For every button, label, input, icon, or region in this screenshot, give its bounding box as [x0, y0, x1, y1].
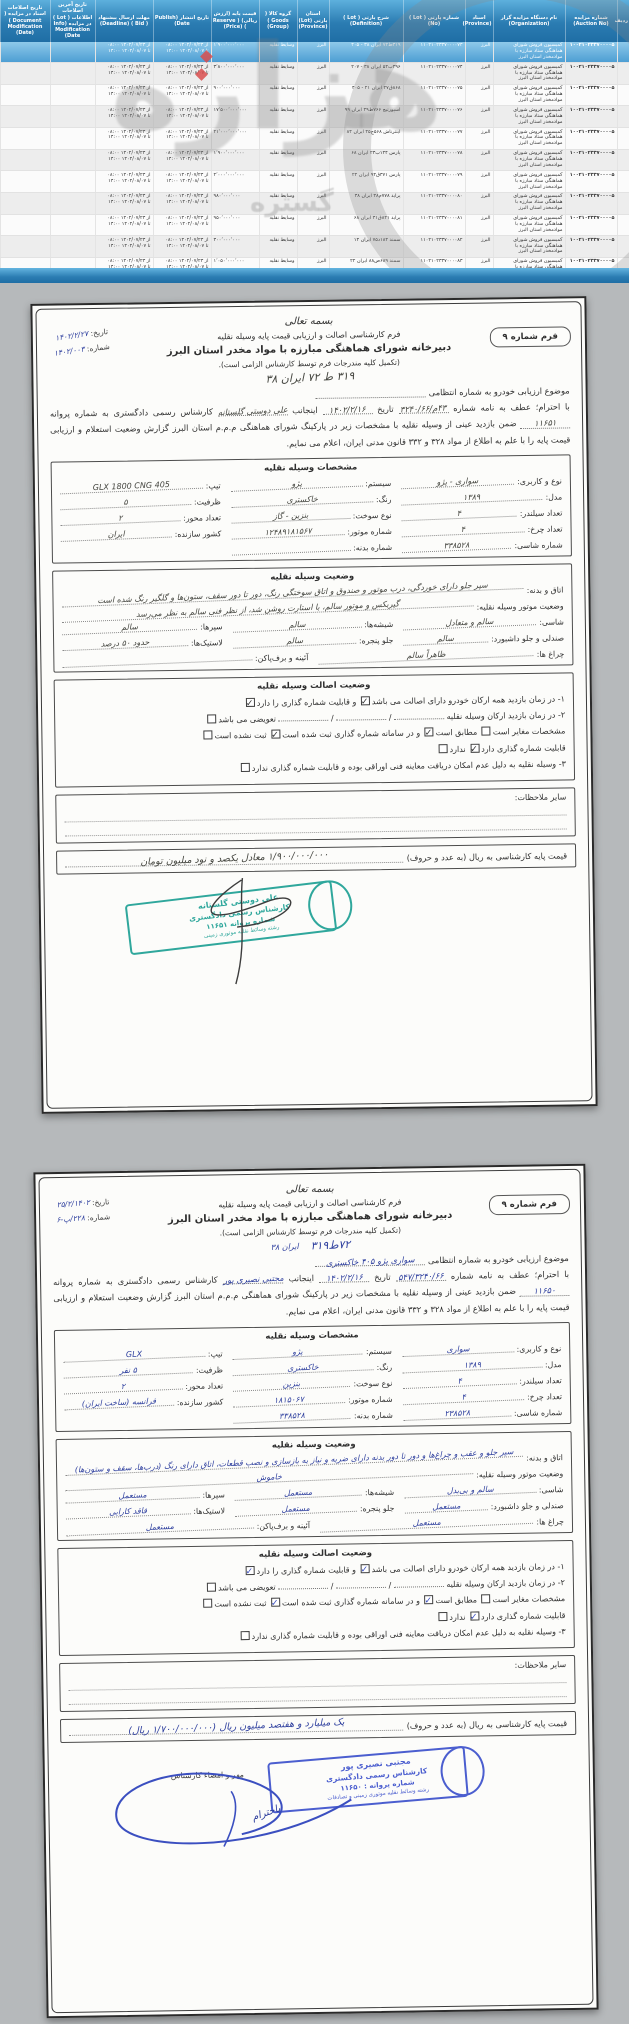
cell-deadline: از ۱۴۰۲/۰۷/۲۳ ۰۸:۰۰تا ۱۴۰۲/۰۸/۰۷ ۱۴:۰۰	[95, 128, 153, 150]
cell-organization: کمیسیون فروش شورای هماهنگی ستاد مبارزه ب…	[493, 106, 565, 128]
form-titles: بسمه تعالی فرم کارشناسی اصالت و ارزیابی …	[49, 312, 570, 387]
cell-doc-modification	[0, 84, 50, 106]
plate-region: ایران ۳۸	[271, 1242, 299, 1252]
cell-auction-no: ۱۰۰۲۱۰۲۳۳۷۰۰۰۰۵	[565, 171, 617, 193]
spec-capacity: ۵ نفر	[63, 1363, 193, 1378]
column-header-price[interactable]: قیمت پایه (ارزش ریالی) ( Reserve ) (Pric…	[211, 0, 259, 42]
cell-publish-date: از ۱۴۰۲/۰۷/۲۳ ۰۸:۰۰تا ۱۴۰۲/۰۸/۰۷ ۱۴:۰۰	[153, 128, 211, 150]
cell-publish-date: از ۱۴۰۲/۰۷/۲۳ ۰۸:۰۰تا ۱۴۰۲/۰۸/۰۷ ۱۴:۰۰	[153, 84, 211, 106]
vehicle-condition-box: وضعیت وسیله نقلیه اتاق و بدنه:سپر جلو دا…	[52, 563, 573, 672]
spec-trim: GLX	[63, 1347, 205, 1363]
cell-province: البرز	[465, 128, 493, 150]
signature-note: باحترام	[250, 1803, 282, 1823]
cell-lot-definition: پارس ۳۷۱ق۹۴ ایران ۲۲	[329, 171, 403, 193]
cell-publish-date: از ۱۴۰۲/۰۷/۲۳ ۰۸:۰۰تا ۱۴۰۲/۰۸/۰۷ ۱۴:۰۰	[153, 214, 211, 236]
cell-publish-date: از ۱۴۰۲/۰۷/۲۳ ۰۸:۰۰تا ۱۴۰۲/۰۸/۰۷ ۱۴:۰۰	[153, 192, 211, 214]
column-header-lot-definition[interactable]: شرح پارتی ( Lot ) (Definition)	[329, 0, 403, 42]
ref-no: ۴۳م/۳۲۴۰/۶۶	[400, 404, 447, 414]
spec-axles: ۲	[64, 1379, 183, 1394]
table-footer-bar[interactable]	[0, 268, 629, 283]
column-header-lot-no[interactable]: شماره پارتی ( Lot ) (No)	[403, 0, 465, 42]
cell-lot-no: ۱۱۰۲۱۰۲۳۳۷۰۰۰۰۷۶	[403, 106, 465, 128]
cell-province: البرز	[465, 42, 493, 63]
cell-goods-group: وسایط نقلیه	[259, 63, 297, 85]
authenticity-box: وضعیت اصالت وسیله نقلیه ۱- در زمان بازدی…	[57, 1540, 575, 1656]
cell-lot-no: ۱۱۰۲۱۰۲۳۳۷۰۰۰۰۷۷	[403, 128, 465, 150]
cell-lot-no: ۱۱۰۲۱۰۲۳۳۷۰۰۰۰۷۹	[403, 171, 465, 193]
cell-price: ۹۸۰٬۰۰۰٬۰۰۰	[211, 192, 259, 214]
spec-type: سواری - پژو	[401, 474, 514, 489]
cell-lot-definition: پارس ۱۴۴ب۲۳ ایران ۶۸	[329, 149, 403, 171]
column-header-province[interactable]: اسناد (Province)	[465, 0, 493, 42]
cond-grille: سالم	[233, 633, 356, 648]
spec-type: سواری	[402, 1342, 514, 1357]
cell-province: البرز	[465, 149, 493, 171]
checkbox-match	[424, 1596, 433, 1605]
cell-doc-modification	[0, 171, 50, 193]
column-header-radif[interactable]: ردیف	[617, 0, 629, 42]
cell-lot-definition: ۳۱۹ط۷۲ ایران ۳۸ - ۴۰۵	[329, 42, 403, 63]
form-number-box: فرم شماره ۹	[489, 326, 571, 347]
cell-lot-definition: سمند ۱۸۴د۷۵ ایران ۱۴	[329, 236, 403, 258]
cell-province: البرز	[465, 236, 493, 258]
form-titles: بسمه تعالی فرم کارشناسی اصالت و ارزیابی …	[52, 1180, 569, 1256]
cell-deadline: از ۱۴۰۲/۰۷/۲۳ ۰۸:۰۰تا ۱۴۰۲/۰۸/۰۷ ۱۴:۰۰	[95, 149, 153, 171]
cell-deadline: از ۱۴۰۲/۰۷/۲۳ ۰۸:۰۰تا ۱۴۰۲/۰۸/۰۷ ۱۴:۰۰	[95, 84, 153, 106]
cell-doc-modification	[0, 63, 50, 85]
checkbox-replaced	[207, 1583, 216, 1592]
cell-goods-group: وسایط نقلیه	[259, 128, 297, 150]
cond-lights: ظاهراً سالم	[318, 646, 534, 665]
price-box: قیمت پایه کارشناسی به ریال (به عدد و حرو…	[56, 843, 576, 874]
cell-lot-definition: ۴۹۶ب۵۴ ایران ۳۸ - ۲۰۷	[329, 63, 403, 85]
cell-goods-group: وسایط نقلیه	[259, 171, 297, 193]
checkbox-match	[425, 728, 434, 737]
cell-publish-date: از ۱۴۰۲/۰۷/۲۳ ۰۸:۰۰تا ۱۴۰۲/۰۸/۰۷ ۱۴:۰۰	[153, 63, 211, 85]
spec-engine-no: ۱۸۱۵۰۶۷	[233, 1393, 345, 1408]
ref-date: ۱۴۰۲/۲/۱۶	[326, 1273, 363, 1283]
cell-organization: کمیسیون فروش شورای هماهنگی ستاد مبارزه ب…	[493, 84, 565, 106]
checkbox-scrap	[241, 1631, 250, 1640]
cell-organization: کمیسیون فروش شورای هماهنگی ستاد مبارزه ب…	[493, 128, 565, 150]
cell-price: ۲٬۰۰۰٬۰۰۰٬۰۰۰	[211, 171, 259, 193]
cell-deadline: از ۱۴۰۲/۰۷/۲۳ ۰۸:۰۰تا ۱۴۰۲/۰۸/۰۷ ۱۴:۰۰	[95, 106, 153, 128]
cond-glass: سالم	[232, 617, 361, 632]
cond-chassis: سالم و بی‌بدل	[404, 1483, 536, 1499]
cond-tires: فاقد کارایی	[66, 1504, 191, 1519]
cell-province: البرز	[465, 192, 493, 214]
cell-price: ۹۵۰٬۰۰۰٬۰۰۰	[211, 214, 259, 236]
spec-system: پژو	[230, 476, 362, 491]
column-header-lot-province[interactable]: استان پارتی (Lot) (Province)	[297, 0, 329, 42]
cell-lot-no: ۱۱۰۲۱۰۲۳۳۷۰۰۰۰۷۳	[403, 42, 465, 63]
cell-price: ۲۱٬۰۰۰٬۰۰۰٬۰۰۰	[211, 128, 259, 150]
cell-lot-definition: پراید ۸۴۱ق۳۱ ایران ۶۸	[329, 214, 403, 236]
spec-wheels: ۴	[402, 1390, 524, 1405]
column-header-deadline[interactable]: مهلت ارسال پیشنهاد ( Bid ) (Deadline)	[95, 0, 153, 42]
license-no: ۱۱۶۵۰	[533, 1286, 556, 1295]
cell-lot-province: البرز	[297, 128, 329, 150]
spec-engine-no: ۱۲۴۸۹۱۸۱۵۶۷	[231, 525, 344, 540]
lead-value: سواری پژو ۴۰۵ خاکستری	[326, 1255, 415, 1267]
cell-lot-definition: ۸۶۸ق۲۷ ایران ۲۱ - ۴۰۵	[329, 84, 403, 106]
cell-lot-no: ۱۱۰۲۱۰۲۳۳۷۰۰۰۰۷۸	[403, 149, 465, 171]
license-no: ۱۱۶۵۱	[534, 419, 557, 428]
notes-box: سایر ملاحظات:	[59, 1655, 576, 1712]
cell-auction-no: ۱۰۰۲۱۰۲۳۳۷۰۰۰۰۵	[565, 214, 617, 236]
spec-country: فرانسه (ساخت ایران)	[64, 1395, 174, 1410]
cell-info-modification	[50, 84, 95, 106]
table-row[interactable]: ۱۰۰۲۱۰۲۳۳۷۰۰۰۰۵کمیسیون فروش شورای هماهنگ…	[0, 236, 629, 258]
cell-price: ۱٬۹۰۰٬۰۰۰٬۰۰۰	[211, 149, 259, 171]
table-row[interactable]: ۱۰۰۲۱۰۲۳۳۷۰۰۰۰۵کمیسیون فروش شورای هماهنگ…	[0, 214, 629, 236]
cond-grille: مستعمل	[235, 1501, 357, 1516]
auction-table-region: ردیف شماره مزایده (Auction No) نام دستگا…	[0, 0, 629, 283]
cell-organization: کمیسیون فروش شورای هماهنگی ستاد مبارزه ب…	[493, 63, 565, 85]
cell-doc-modification	[0, 128, 50, 150]
spec-capacity: ۵	[60, 495, 191, 510]
spec-fuel: بنزین - گاز	[231, 509, 350, 524]
auction-table: ردیف شماره مزایده (Auction No) نام دستگا…	[0, 0, 629, 283]
cell-deadline: از ۱۴۰۲/۰۷/۲۳ ۰۸:۰۰تا ۱۴۰۲/۰۸/۰۷ ۱۴:۰۰	[95, 236, 153, 258]
cell-row-index	[617, 214, 629, 236]
cell-doc-modification	[0, 236, 50, 258]
spec-cylinders: ۴	[402, 1374, 516, 1389]
screenshot-stage: ردیف شماره مزایده (Auction No) نام دستگا…	[0, 0, 629, 2024]
spec-axles: ۲	[60, 511, 180, 526]
cell-price: ۳٬۸۰۰٬۰۰۰٬۰۰۰	[211, 63, 259, 85]
spec-model: ۱۳۸۹	[401, 490, 542, 506]
cell-row-index	[617, 63, 629, 85]
evaluation-paragraph: موضوع ارزیابی خودرو به شماره انتظامی سوا…	[53, 1250, 570, 1323]
checkbox-registerable	[246, 698, 255, 707]
cell-lot-province: البرز	[297, 84, 329, 106]
cell-goods-group: وسایط نقلیه	[259, 214, 297, 236]
price-box: قیمت پایه کارشناسی به ریال (به عدد و حرو…	[60, 1711, 576, 1743]
cell-publish-date: از ۱۴۰۲/۰۷/۲۳ ۰۸:۰۰تا ۱۴۰۲/۰۸/۰۷ ۱۴:۰۰	[153, 42, 211, 63]
spec-system: پژو	[232, 1344, 363, 1359]
cell-goods-group: وسایط نقلیه	[259, 236, 297, 258]
date-number-block: تاریخ: ۲۵/۲/۱۴۰۲ شماره: ۲۲۸/پ-۶	[55, 1194, 110, 1227]
column-header-auction-no[interactable]: شماره مزایده (Auction No)	[565, 0, 617, 42]
cell-info-modification	[50, 171, 95, 193]
spec-cylinders: ۴	[402, 506, 518, 521]
cell-lot-province: البرز	[297, 214, 329, 236]
spec-chassis-no: ۳۳۸۵۲۸	[402, 538, 512, 552]
table-header-row: ردیف شماره مزایده (Auction No) نام دستگا…	[0, 0, 629, 42]
cond-chassis: سالم و متعادل	[403, 615, 536, 630]
cell-row-index	[617, 192, 629, 214]
number-label: شماره:	[86, 342, 110, 354]
cond-lights: مستعمل	[320, 1513, 534, 1532]
checkbox-authentic	[360, 1564, 369, 1573]
form-page-2: فرم شماره ۹ تاریخ: ۲۵/۲/۱۴۰۲ شماره: ۲۲۸/…	[33, 1164, 598, 2019]
cell-organization: کمیسیون فروش شورای هماهنگی ستاد مبارزه ب…	[493, 236, 565, 258]
cell-organization: کمیسیون فروش شورای هماهنگی ستاد مبارزه ب…	[493, 214, 565, 236]
cell-auction-no: ۱۰۰۲۱۰۲۳۳۷۰۰۰۰۵	[565, 149, 617, 171]
cell-info-modification	[50, 106, 95, 128]
checkbox-registered	[271, 730, 280, 739]
spec-fuel: بنزین	[233, 1377, 351, 1392]
cell-lot-province: البرز	[297, 236, 329, 258]
table-row[interactable]: ۱۰۰۲۱۰۲۳۳۷۰۰۰۰۵کمیسیون فروش شورای هماهنگ…	[0, 171, 629, 193]
ref-no: ۵۴۷/۳۲۴۰/۶۶	[398, 1272, 444, 1282]
spec-wheels: ۴	[402, 522, 525, 537]
number-value: ۲۲۸/پ-۶	[56, 1210, 85, 1227]
cell-info-modification	[50, 42, 95, 63]
cond-mirrors	[62, 650, 252, 668]
cell-price: ۹۰۰٬۰۰۰٬۰۰۰	[211, 84, 259, 106]
cell-doc-modification	[0, 214, 50, 236]
cell-organization: کمیسیون فروش شورای هماهنگی ستاد مبارزه ب…	[493, 42, 565, 63]
checkbox-mismatch	[481, 1595, 490, 1604]
expert-name: علی دوستی گلستانه	[217, 406, 287, 417]
spec-chassis-no: ۲۳۸۵۲۸	[403, 1406, 511, 1421]
checkbox-cannot-plate	[438, 1612, 447, 1621]
cell-lot-definition: اسپورتیج ۷۶۶ط۴۹ ایران ۹۹	[329, 106, 403, 128]
cell-deadline: از ۱۴۰۲/۰۷/۲۳ ۰۸:۰۰تا ۱۴۰۲/۰۸/۰۷ ۱۴:۰۰	[95, 214, 153, 236]
cell-publish-date: از ۱۴۰۲/۰۷/۲۳ ۰۸:۰۰تا ۱۴۰۲/۰۸/۰۷ ۱۴:۰۰	[153, 236, 211, 258]
cell-goods-group: وسایط نقلیه	[259, 42, 297, 63]
cell-auction-no: ۱۰۰۲۱۰۲۳۳۷۰۰۰۰۵	[565, 128, 617, 150]
cell-lot-definition: پراید ۷۷۸م۳۸ ایران ۳۸	[329, 192, 403, 214]
price-label: قیمت پایه کارشناسی به ریال (به عدد و حرو…	[407, 850, 568, 862]
cell-info-modification	[50, 192, 95, 214]
table-row[interactable]: ۱۰۰۲۱۰۲۳۳۷۰۰۰۰۵کمیسیون فروش شورای هماهنگ…	[0, 128, 629, 150]
price-label: قیمت پایه کارشناسی به ریال (به عدد و حرو…	[407, 1718, 568, 1731]
cell-publish-date: از ۱۴۰۲/۰۷/۲۳ ۰۸:۰۰تا ۱۴۰۲/۰۸/۰۷ ۱۴:۰۰	[153, 106, 211, 128]
cell-price: ۳۰۰٬۰۰۰٬۰۰۰	[211, 236, 259, 258]
cell-auction-no: ۱۰۰۲۱۰۲۳۳۷۰۰۰۰۵	[565, 106, 617, 128]
cond-glass: مستعمل	[235, 1485, 362, 1500]
cell-province: البرز	[465, 84, 493, 106]
column-header-info-modification[interactable]: تاریخ آخرین اصلاحات اطلاعات ( Lot ) در م…	[50, 0, 95, 42]
table-row[interactable]: ۱۰۰۲۱۰۲۳۳۷۰۰۰۰۵کمیسیون فروش شورای هماهنگ…	[0, 192, 629, 214]
specs-title: مشخصات وسیله نقلیه	[60, 459, 562, 476]
cell-province: البرز	[465, 106, 493, 128]
cell-organization: کمیسیون فروش شورای هماهنگی ستاد مبارزه ب…	[493, 171, 565, 193]
cell-organization: کمیسیون فروش شورای هماهنگی ستاد مبارزه ب…	[493, 149, 565, 171]
spec-body-no	[231, 541, 350, 556]
cell-organization: کمیسیون فروش شورای هماهنگی ستاد مبارزه ب…	[493, 192, 565, 214]
spec-body-no: ۳۳۸۵۲۸	[233, 1409, 351, 1424]
stamp-signature-area: مهر و امضاء کارشناس مجتبی نصیری پور کارش…	[60, 1741, 578, 1857]
cell-deadline: از ۱۴۰۲/۰۷/۲۳ ۰۸:۰۰تا ۱۴۰۲/۰۸/۰۷ ۱۴:۰۰	[95, 42, 153, 63]
cell-doc-modification	[0, 149, 50, 171]
number-label: شماره:	[87, 1212, 110, 1222]
expert-name: مجتبی نصیری پور	[223, 1274, 284, 1285]
cell-lot-province: البرز	[297, 149, 329, 171]
cell-doc-modification	[0, 192, 50, 214]
cell-deadline: از ۱۴۰۲/۰۷/۲۳ ۰۸:۰۰تا ۱۴۰۲/۰۸/۰۷ ۱۴:۰۰	[95, 171, 153, 193]
cell-lot-no: ۱۱۰۲۱۰۲۳۳۷۰۰۰۰۸۱	[403, 214, 465, 236]
table-row[interactable]: ۱۰۰۲۱۰۲۳۳۷۰۰۰۰۵کمیسیون فروش شورای هماهنگ…	[0, 149, 629, 171]
specs-title: مشخصات وسیله نقلیه	[63, 1327, 561, 1345]
cell-lot-no: ۱۱۰۲۱۰۲۳۳۷۰۰۰۰۷۴	[403, 63, 465, 85]
cell-deadline: از ۱۴۰۲/۰۷/۲۳ ۰۸:۰۰تا ۱۴۰۲/۰۸/۰۷ ۱۴:۰۰	[95, 192, 153, 214]
column-header-organization[interactable]: نام دستگاه مزایده گزار (Organization)	[493, 0, 565, 42]
ref-date: ۱۴۰۲/۲/۱۶	[329, 405, 366, 415]
cell-info-modification	[50, 63, 95, 85]
cond-seats: مستعمل	[404, 1500, 488, 1513]
cond-mirrors: مستعمل	[66, 1518, 254, 1536]
cell-row-index	[617, 236, 629, 258]
cell-row-index	[617, 42, 629, 63]
spec-trim: 405 GLX 1800 CNG	[60, 478, 203, 494]
cell-auction-no: ۱۰۰۲۱۰۲۳۳۷۰۰۰۰۵	[565, 42, 617, 63]
spec-color: خاکستری	[231, 492, 373, 508]
cell-info-modification	[50, 214, 95, 236]
table-row[interactable]: ۱۰۰۲۱۰۲۳۳۷۰۰۰۰۵کمیسیون فروش شورای هماهنگ…	[0, 106, 629, 128]
cell-price: ۱٬۹۰۰٬۰۰۰٬۰۰۰	[211, 42, 259, 63]
cell-lot-definition: اینترناش ۵۶۸چ۴۵ ایران ۸۴	[329, 128, 403, 150]
checkbox-not-registered	[203, 731, 212, 740]
cell-row-index	[617, 128, 629, 150]
authenticity-box: وضعیت اصالت وسیله نقلیه ۱- در زمان بازدی…	[54, 672, 575, 787]
cell-province: البرز	[465, 214, 493, 236]
form-page-1: فرم شماره ۹ تاریخ: ۱۴۰۲/۲/۲۷ شماره: ۱۴۰۲…	[30, 296, 597, 1114]
vehicle-specs-box: مشخصات وسیله نقلیه نوع و کاربری:سواری سی…	[54, 1322, 572, 1432]
date-label: تاریخ:	[90, 327, 108, 338]
cell-auction-no: ۱۰۰۲۱۰۲۳۳۷۰۰۰۰۵	[565, 236, 617, 258]
evaluation-paragraph: موضوع ارزیابی خودرو به شماره انتظامی با …	[50, 382, 571, 454]
cell-lot-province: البرز	[297, 106, 329, 128]
cell-row-index	[617, 149, 629, 171]
table-row[interactable]: ۱۰۰۲۱۰۲۳۳۷۰۰۰۰۵کمیسیون فروش شورای هماهنگ…	[0, 84, 629, 106]
expert-stamp: علی دوستی گلستانه کارشناس رسمی دادگستری …	[125, 880, 338, 955]
cell-auction-no: ۱۰۰۲۱۰۲۳۳۷۰۰۰۰۵	[565, 63, 617, 85]
table-row[interactable]: ۱۰۰۲۱۰۲۳۳۷۰۰۰۰۵کمیسیون فروش شورای هماهنگ…	[0, 63, 629, 85]
cell-lot-no: ۱۱۰۲۱۰۲۳۳۷۰۰۰۰۸۰	[403, 192, 465, 214]
column-header-goods-group[interactable]: گروه کالا ( Goods ) (Group)	[259, 0, 297, 42]
price-value: یک میلیارد و هفتصد میلیون ریال (۱/۷۰۰/۰۰…	[128, 1716, 345, 1736]
form-number-box: فرم شماره ۹	[488, 1194, 570, 1215]
cell-lot-no: ۱۱۰۲۱۰۲۳۳۷۰۰۰۰۷۵	[403, 84, 465, 106]
cell-lot-province: البرز	[297, 42, 329, 63]
cell-goods-group: وسایط نقلیه	[259, 84, 297, 106]
date-label: تاریخ:	[92, 1197, 110, 1207]
spec-model: ۱۳۸۹	[402, 1357, 542, 1373]
checkbox-cannot-plate	[439, 744, 448, 753]
column-header-publish-date[interactable]: تاریخ انتشار (Publish Date)	[153, 0, 211, 42]
cell-row-index	[617, 171, 629, 193]
cell-publish-date: از ۱۴۰۲/۰۷/۲۳ ۰۸:۰۰تا ۱۴۰۲/۰۸/۰۷ ۱۴:۰۰	[153, 171, 211, 193]
cond-seats: سالم	[403, 632, 488, 645]
cell-lot-province: البرز	[297, 171, 329, 193]
spec-color: خاکستری	[233, 1360, 374, 1376]
cond-tires: حدود ۵۰ درصد	[62, 636, 188, 651]
expert-stamp: مجتبی نصیری پور کارشناس رسمی دادگستری شم…	[267, 1745, 469, 1812]
checkbox-can-plate	[470, 1611, 479, 1620]
stamp-signature-area: علی دوستی گلستانه کارشناس رسمی دادگستری …	[56, 873, 577, 988]
cell-deadline: از ۱۴۰۲/۰۷/۲۳ ۰۸:۰۰تا ۱۴۰۲/۰۸/۰۷ ۱۴:۰۰	[95, 63, 153, 85]
seal-signature-label: مهر و امضاء کارشناس	[171, 1770, 244, 1780]
date-value: ۲۵/۲/۱۴۰۲	[56, 1195, 90, 1213]
cell-row-index	[617, 106, 629, 128]
vehicle-specs-box: مشخصات وسیله نقلیه نوع و کاربری:سواری - …	[51, 454, 572, 563]
cell-goods-group: وسایط نقلیه	[259, 149, 297, 171]
column-header-doc-modification[interactable]: تاریخ اصلاحات اسناد در مزایده ( Document…	[0, 0, 50, 42]
cell-province: البرز	[465, 171, 493, 193]
cell-auction-no: ۱۰۰۲۱۰۲۳۳۷۰۰۰۰۵	[565, 192, 617, 214]
checkbox-registerable	[245, 1566, 254, 1575]
cell-lot-province: البرز	[297, 63, 329, 85]
checkbox-not-registered	[203, 1599, 212, 1608]
notes-box: سایر ملاحظات:	[55, 787, 576, 843]
cell-publish-date: از ۱۴۰۲/۰۷/۲۳ ۰۸:۰۰تا ۱۴۰۲/۰۸/۰۷ ۱۴:۰۰	[153, 149, 211, 171]
cell-auction-no: ۱۰۰۲۱۰۲۳۳۷۰۰۰۰۵	[565, 84, 617, 106]
cell-doc-modification	[0, 42, 50, 63]
cell-info-modification	[50, 236, 95, 258]
cell-info-modification	[50, 149, 95, 171]
checkbox-authentic	[361, 696, 370, 705]
spec-country: ایران	[60, 527, 171, 541]
cell-lot-province: البرز	[297, 192, 329, 214]
cell-price: ۱۷٬۵۰۰٬۰۰۰٬۰۰۰	[211, 106, 259, 128]
price-value: ۱/۹۰۰/۰۰۰/۰۰۰ معادل یکصد و نود میلیون تو…	[140, 849, 329, 868]
cell-province: البرز	[465, 63, 493, 85]
checkbox-replaced	[207, 714, 216, 723]
vehicle-condition-box: وضعیت وسیله نقلیه اتاق و بدنه:سپر جلو و …	[56, 1431, 574, 1541]
checkbox-registered	[271, 1598, 280, 1607]
cell-doc-modification	[0, 106, 50, 128]
cell-info-modification	[50, 128, 95, 150]
cell-lot-no: ۱۱۰۲۱۰۲۳۳۷۰۰۰۰۸۲	[403, 236, 465, 258]
table-row[interactable]: ۱۰۰۲۱۰۲۳۳۷۰۰۰۰۵کمیسیون فروش شورای هماهنگ…	[0, 42, 629, 63]
cell-goods-group: وسایط نقلیه	[259, 192, 297, 214]
cell-goods-group: وسایط نقلیه	[259, 106, 297, 128]
checkbox-scrap	[241, 763, 250, 772]
cell-row-index	[617, 84, 629, 106]
checkbox-can-plate	[470, 744, 479, 753]
checkbox-mismatch	[482, 727, 491, 736]
